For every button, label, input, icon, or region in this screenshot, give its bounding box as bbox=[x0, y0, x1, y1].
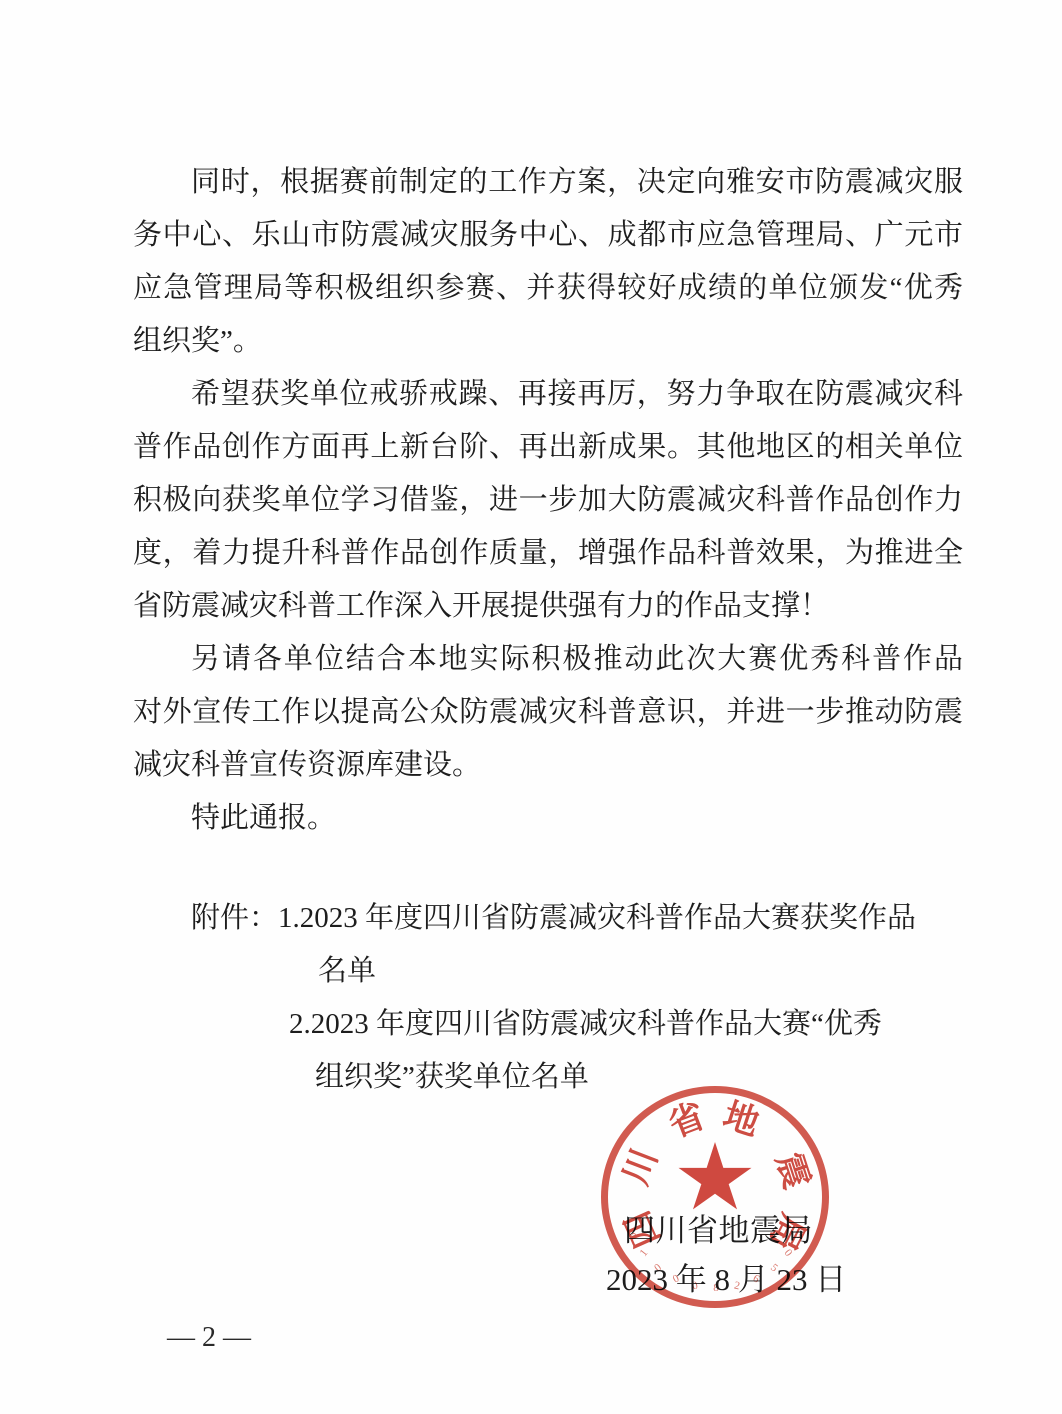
attachment-line: 2.2023 年度四川省防震减灾科普作品大赛“优秀 bbox=[133, 998, 1003, 1051]
text-line: 务中心、乐山市防震减灾服务中心、成都市应急管理局、广元市 bbox=[133, 209, 963, 262]
text-line: 积极向获奖单位学习借鉴，进一步加大防震减灾科普作品创作力 bbox=[133, 474, 963, 527]
official-seal: 四 川 省 地 震 局 5 1 0 0 0 8 2 6 5 0 3 bbox=[601, 1086, 829, 1308]
closing-paragraph: 特此通报。 bbox=[133, 792, 963, 845]
text-line: 度，着力提升科普作品创作质量，增强作品科普效果，为推进全 bbox=[133, 527, 963, 580]
text-line: 应急管理局等积极组织参赛、并获得较好成绩的单位颁发“优秀 bbox=[133, 262, 963, 315]
text-line: 省防震减灾科普工作深入开展提供强有力的作品支撑！ bbox=[133, 580, 963, 633]
attachments-block: 附件：1.2023 年度四川省防震减灾科普作品大赛获奖作品 名单 2.2023 … bbox=[133, 892, 1003, 1104]
text-line: 同时，根据赛前制定的工作方案，决定向雅安市防震减灾服 bbox=[133, 156, 963, 209]
closing-line: 特此通报。 bbox=[133, 792, 963, 845]
text-line: 组织奖”。 bbox=[133, 315, 963, 368]
body-paragraph: 另请各单位结合本地实际积极推动此次大赛优秀科普作品 对外宣传工作以提高公众防震减… bbox=[133, 633, 963, 792]
body-paragraph: 同时，根据赛前制定的工作方案，决定向雅安市防震减灾服 务中心、乐山市防震减灾服务… bbox=[133, 156, 963, 368]
document-page: 同时，根据赛前制定的工作方案，决定向雅安市防震减灾服 务中心、乐山市防震减灾服务… bbox=[0, 0, 1062, 1414]
attachment-line: 组织奖”获奖单位名单 bbox=[133, 1051, 1003, 1104]
body-paragraph: 希望获奖单位戒骄戒躁、再接再厉，努力争取在防震减灾科 普作品创作方面再上新台阶、… bbox=[133, 368, 963, 633]
text-line: 希望获奖单位戒骄戒躁、再接再厉，努力争取在防震减灾科 bbox=[133, 368, 963, 421]
seal-ring bbox=[601, 1086, 829, 1308]
text-line: 减灾科普宣传资源库建设。 bbox=[133, 739, 963, 792]
seal-serial-digit: 8 bbox=[710, 1281, 722, 1295]
body-text-block: 同时，根据赛前制定的工作方案，决定向雅安市防震减灾服 务中心、乐山市防震减灾服务… bbox=[133, 156, 963, 845]
text-line: 对外宣传工作以提高公众防震减灾科普意识，并进一步推动防震 bbox=[133, 686, 963, 739]
page-number: — 2 — bbox=[167, 1322, 251, 1354]
text-line: 另请各单位结合本地实际积极推动此次大赛优秀科普作品 bbox=[133, 633, 963, 686]
attachment-line: 名单 bbox=[133, 945, 1003, 998]
attachment-line: 附件：1.2023 年度四川省防震减灾科普作品大赛获奖作品 bbox=[133, 892, 1003, 945]
text-line: 普作品创作方面再上新台阶、再出新成果。其他地区的相关单位 bbox=[133, 421, 963, 474]
